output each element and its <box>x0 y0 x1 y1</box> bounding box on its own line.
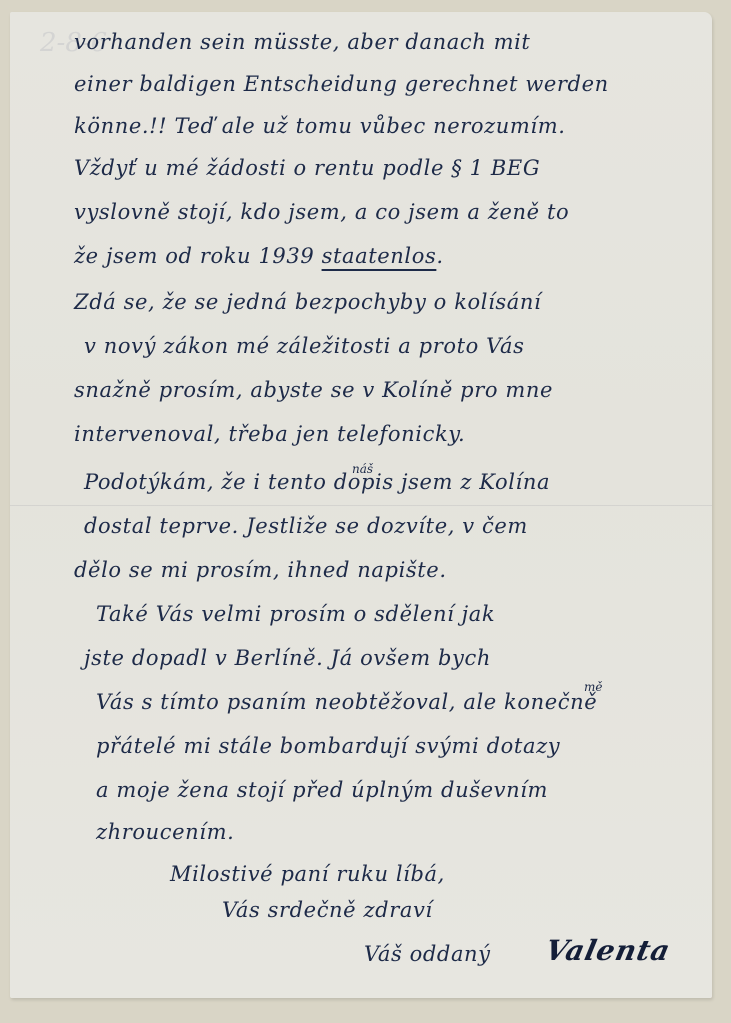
letter-line-9: snažně prosím, abyste se v Kolíně pro mn… <box>74 378 553 402</box>
letter-line-10: intervenoval, třeba jen telefonicky. <box>74 422 465 446</box>
closing-line-1: Milostivé paní ruku líbá, <box>170 862 445 886</box>
letter-line-2: einer baldigen Entscheidung gerechnet we… <box>74 72 609 96</box>
letter-line-3: könne.!! Teď ale už tomu vůbec nerozumím… <box>74 114 566 138</box>
letter-line-14: Také Vás velmi prosím o sdělení jak <box>96 602 495 626</box>
letter-line-16: Vás s tímto psaním neobtěžoval, ale kone… <box>96 690 597 714</box>
letter-line-12: dostal teprve. Jestliže se dozvíte, v če… <box>84 514 528 538</box>
letter-line-1: vorhanden sein müsste, aber danach mit <box>74 30 530 54</box>
closing-line-2: Vás srdečně zdraví <box>222 898 433 922</box>
letter-line-7: Zdá se, že se jedná bezpochyby o kolísán… <box>74 290 541 314</box>
underlined-word: staatenlos <box>322 244 437 268</box>
line-6-text: že jsem od roku 1939 staatenlos. <box>74 244 444 268</box>
letter-line-19: zhroucením. <box>96 820 234 844</box>
letter-line-8: v nový zákon mé záležitosti a proto Vás <box>84 334 525 358</box>
letter-line-13: dělo se mi prosím, ihned napište. <box>74 558 447 582</box>
letter-line-11: Podotýkám, že i tento dopis jsem z Kolín… <box>84 470 550 494</box>
letter-line-17: přátelé mi stále bombardují svými dotazy <box>96 734 560 758</box>
letter-line-15: jste dopadl v Berlíně. Já ovšem bych <box>84 646 491 670</box>
letter-line-18: a moje žena stojí před úplným duševním <box>96 778 548 802</box>
letter-line-5: vyslovně stojí, kdo jsem, a co jsem a že… <box>74 200 569 224</box>
closing-line-3: Váš oddaný <box>364 942 491 966</box>
signature: Valenta <box>542 934 673 967</box>
paper-fold-line <box>10 505 712 506</box>
letter-line-6: že jsem od roku 1939 staatenlos. <box>74 244 444 268</box>
letter-line-4: Vždyť u mé žádosti o rentu podle § 1 BEG <box>74 156 540 180</box>
